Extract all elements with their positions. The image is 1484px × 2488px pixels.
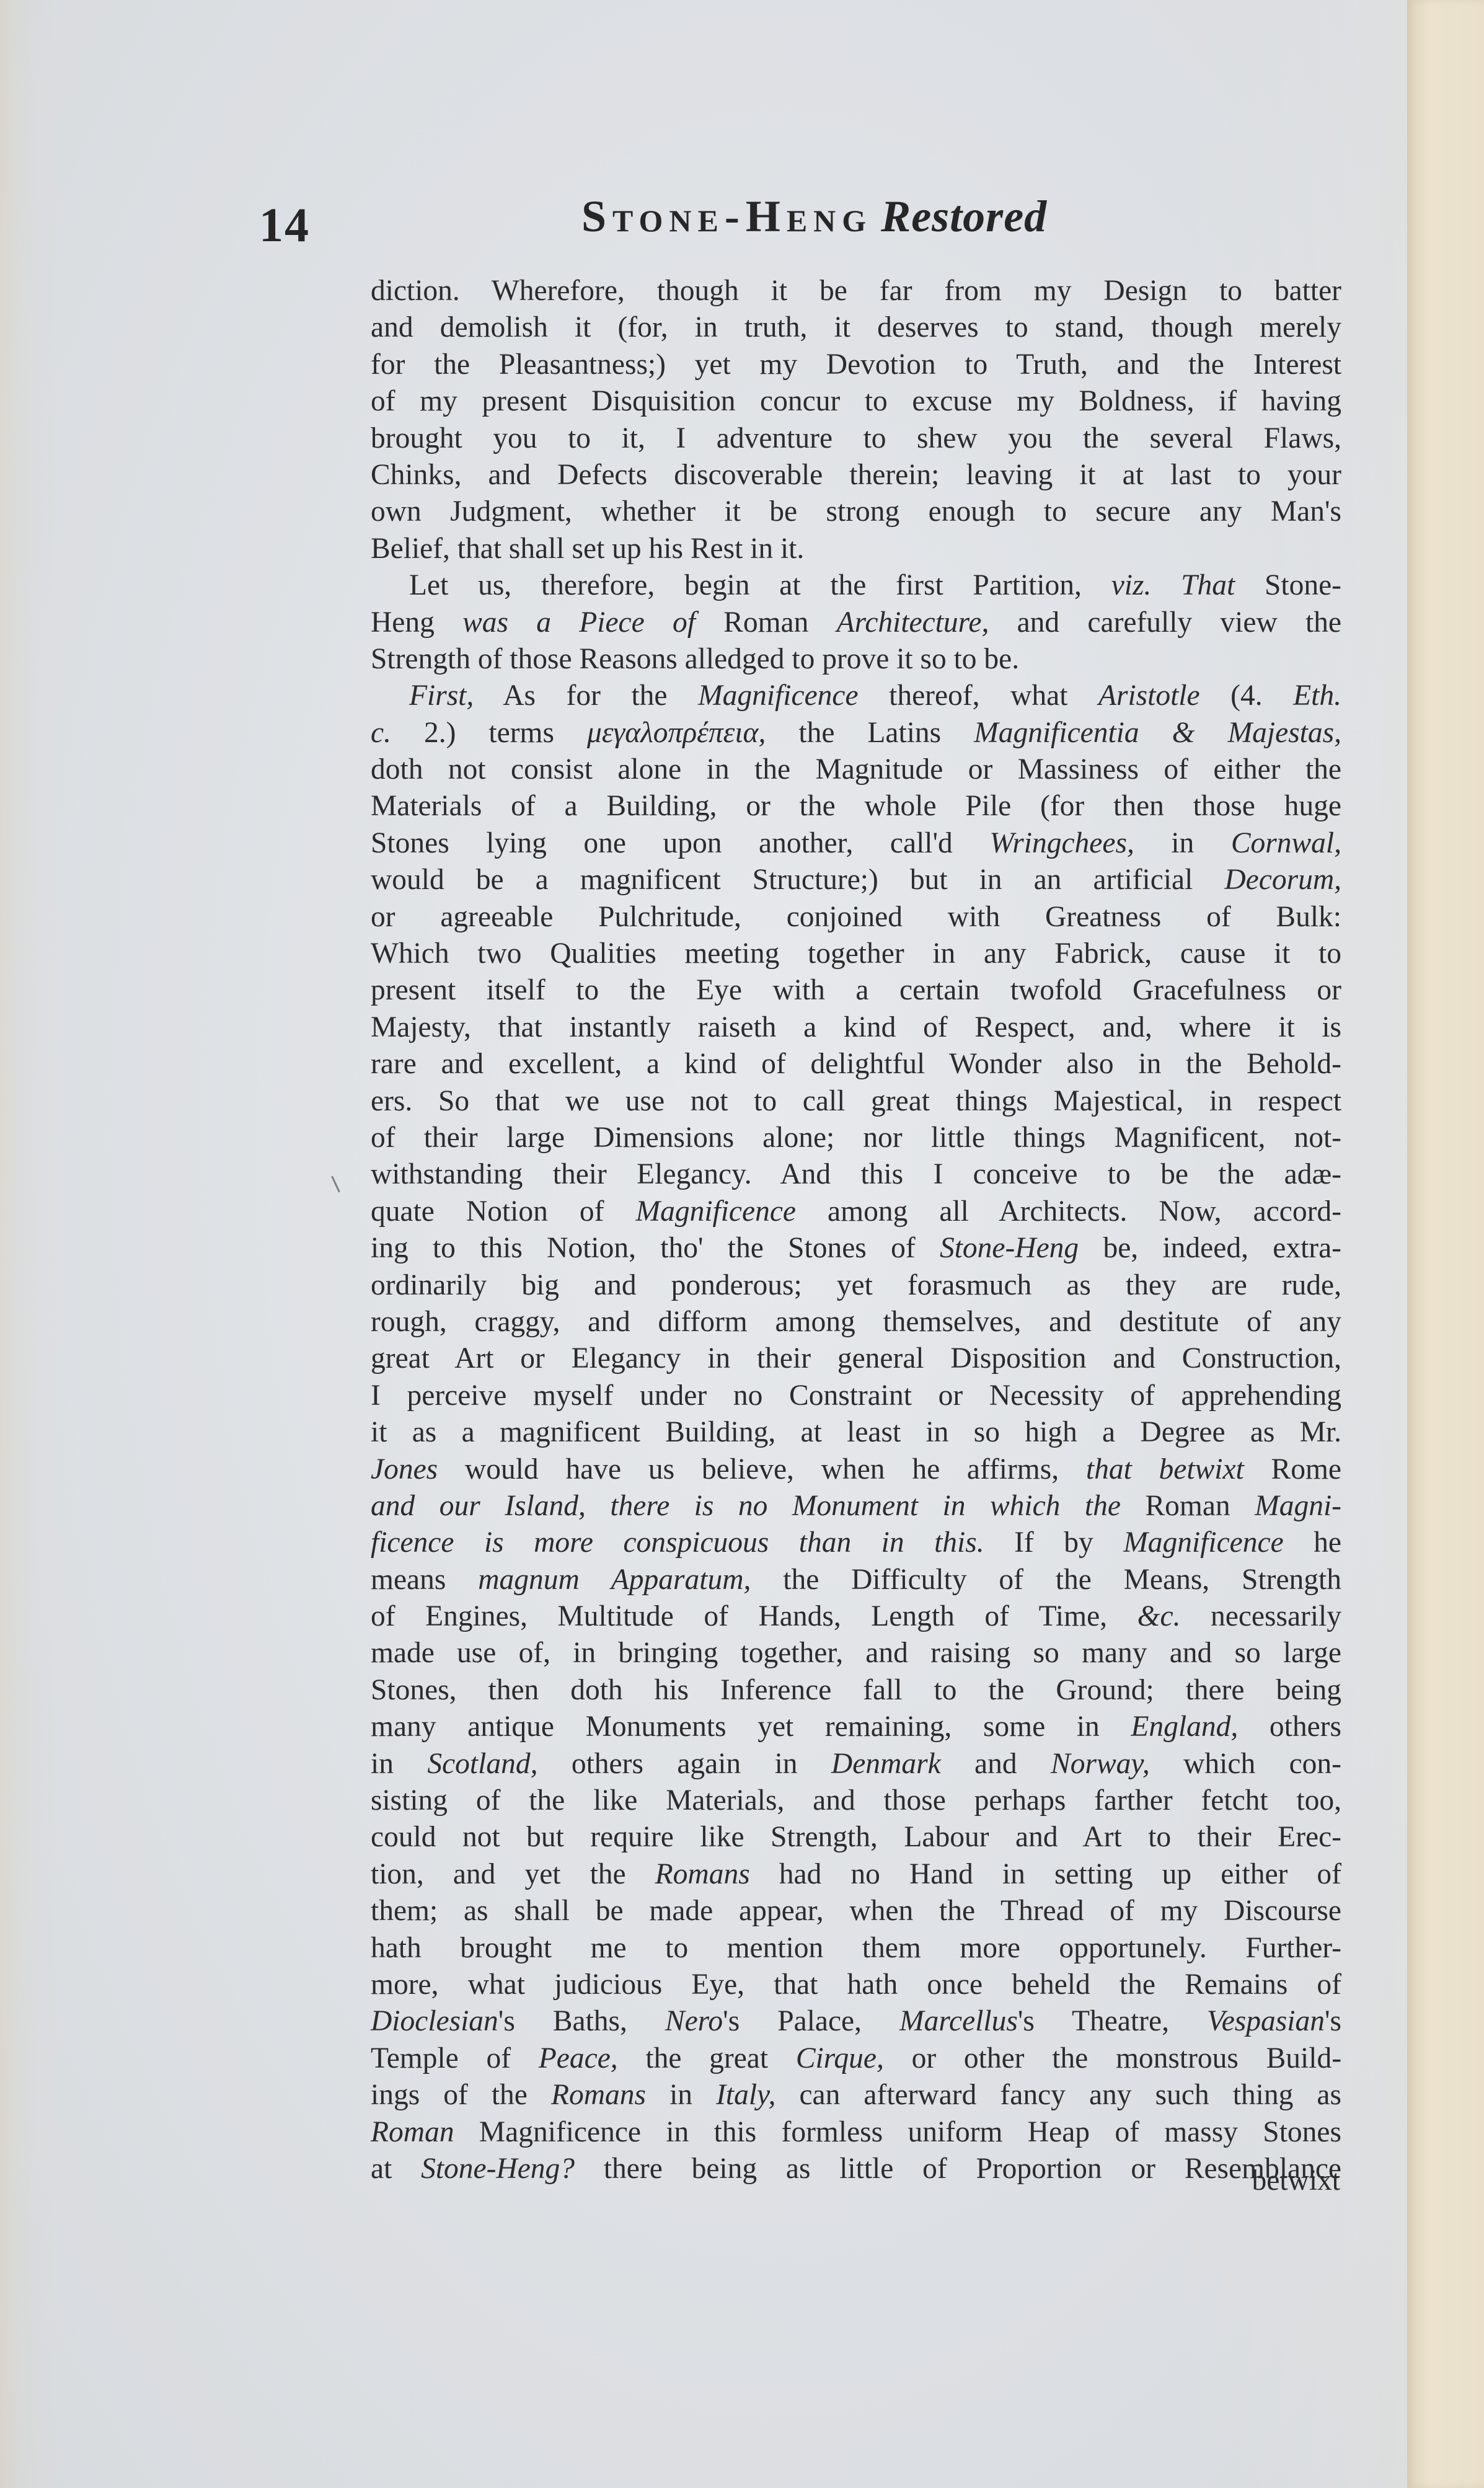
text-line: for the Pleasantness;) yet my Devotion t… [371, 347, 1341, 383]
roman-text: Strength of those Reasons alledged to pr… [371, 643, 1019, 675]
text-line: brought you to it, I adventure to shew y… [371, 420, 1341, 457]
catchword: betwixt [1252, 2164, 1340, 2197]
roman-text: the Latins [766, 717, 974, 749]
text-line: Jones would have us believe, when he aff… [371, 1451, 1341, 1488]
roman-text: made use of, in bringing together, and r… [371, 1637, 1341, 1669]
roman-text: many antique Monuments yet remaining, so… [371, 1711, 1131, 1743]
text-line: rough, craggy, and difform among themsel… [371, 1304, 1341, 1340]
text-line: Chinks, and Defects discoverable therein… [371, 457, 1341, 494]
roman-text: doth not consist alone in the Magnitude … [371, 753, 1341, 786]
roman-text: necessarily [1180, 1600, 1341, 1632]
roman-text: withstanding their Elegancy. And this I … [371, 1158, 1341, 1190]
roman-text: quate Notion of [371, 1195, 636, 1228]
text-line: hath brought me to mention them more opp… [371, 1930, 1341, 1967]
italic-text: c. [371, 717, 391, 749]
roman-text: great Art or Elegancy in their general D… [371, 1342, 1341, 1375]
italic-text: Wringchees, [989, 827, 1134, 859]
roman-text: 2.) terms [391, 717, 587, 749]
roman-text: ordinarily big and ponderous; yet forasm… [371, 1269, 1341, 1301]
roman-text: others again in [537, 1748, 831, 1780]
roman-text: or other the monstrous Build- [884, 2042, 1341, 2074]
text-line: Heng was a Piece of Roman Architecture, … [371, 604, 1341, 641]
roman-text: would have us believe, when he affirms, [438, 1453, 1086, 1485]
roman-text: rough, craggy, and difform among themsel… [371, 1306, 1341, 1338]
italic-text: Eth. [1293, 680, 1341, 712]
text-line: more, what judicious Eye, that hath once… [371, 1967, 1341, 2003]
text-line: tion, and yet the Romans had no Hand in … [371, 1856, 1341, 1893]
roman-text: thereof, what [859, 680, 1098, 712]
italic-text: England, [1131, 1711, 1238, 1743]
body-text: diction. Wherefore, though it be far fro… [371, 273, 1341, 2187]
italic-text: magnum Apparatum, [478, 1564, 751, 1596]
roman-text: I perceive myself under no Constraint or… [371, 1379, 1341, 1412]
italic-text: Denmark [831, 1748, 941, 1780]
roman-text: and demolish it (for, in truth, it deser… [371, 311, 1341, 343]
roman-text: diction. Wherefore, though it be far fro… [371, 275, 1341, 307]
italic-text: Romans [655, 1858, 750, 1890]
page-number: 14 [259, 197, 310, 253]
text-line: at Stone-Heng? there being as little of … [371, 2151, 1341, 2187]
italic-text: Magnificence [698, 680, 859, 712]
running-head-title: Stone-Heng [581, 192, 872, 241]
text-line: diction. Wherefore, though it be far fro… [371, 273, 1341, 309]
roman-text: in [371, 1748, 427, 1780]
italic-text: Dioclesian [371, 2005, 498, 2037]
italic-text: ficence is more conspicuous than in this… [371, 1526, 984, 1559]
text-line: ings of the Romans in Italy, can afterwa… [371, 2077, 1341, 2114]
running-head-subtitle: Restored [881, 192, 1047, 241]
text-line: and demolish it (for, in truth, it deser… [371, 309, 1341, 346]
roman-text: present itself to the Eye with a certain… [371, 974, 1341, 1006]
roman-text: (4. [1200, 680, 1294, 712]
italic-text: was a Piece of [462, 606, 696, 639]
roman-text: which con- [1150, 1748, 1341, 1780]
roman-text: As for the [474, 680, 698, 712]
text-line: Temple of Peace, the great Cirque, or ot… [371, 2040, 1341, 2077]
italic-text: Italy, [716, 2079, 775, 2111]
text-line: of their large Dimensions alone; nor lit… [371, 1120, 1341, 1156]
roman-text: 's Theatre, [1018, 2005, 1207, 2037]
italic-text: Scotland, [427, 1748, 537, 1780]
text-line: sisting of the like Materials, and those… [371, 1782, 1341, 1819]
roman-text: others [1238, 1711, 1341, 1743]
roman-text: had no Hand in setting up either of [750, 1858, 1341, 1890]
italic-text: that betwixt [1086, 1453, 1244, 1485]
italic-text: Romans [551, 2079, 646, 2111]
text-line: c. 2.) terms μεγαλοπρέπεια, the Latins M… [371, 715, 1341, 751]
italic-text: μεγαλοπρέπεια, [587, 717, 766, 749]
roman-text: Stones, then doth his Inference fall to … [371, 1674, 1341, 1706]
text-line: withstanding their Elegancy. And this I … [371, 1156, 1341, 1193]
text-line: or agreeable Pulchritude, conjoined with… [371, 899, 1341, 936]
roman-text: 's Baths, [498, 2005, 665, 2037]
text-line: would be a magnificent Structure;) but i… [371, 862, 1341, 898]
roman-text: of their large Dimensions alone; nor lit… [371, 1122, 1341, 1154]
roman-text: Majesty, that instantly raiseth a kind o… [371, 1011, 1341, 1043]
roman-text: or agreeable Pulchritude, conjoined with… [371, 901, 1341, 933]
roman-text: Belief, that shall set up his Rest in it… [371, 533, 804, 565]
text-line: Stones lying one upon another, call'd Wr… [371, 825, 1341, 862]
italic-text: Stone-Heng? [421, 2153, 575, 2185]
roman-text: in [1134, 827, 1231, 859]
roman-text: 's Palace, [723, 2005, 899, 2037]
roman-text: of Engines, Multitude of Hands, Length o… [371, 1600, 1137, 1632]
text-line: present itself to the Eye with a certain… [371, 972, 1341, 1009]
roman-text: and [941, 1748, 1051, 1780]
roman-text: the Difficulty of the Means, Strength [751, 1564, 1341, 1596]
italic-text: Stone-Heng [940, 1232, 1079, 1264]
roman-text: ing to this Notion, tho' the Stones of [371, 1232, 940, 1264]
italic-text: Aristotle [1098, 680, 1200, 712]
roman-text: them; as shall be made appear, when the … [371, 1895, 1341, 1927]
roman-text: Roman [1121, 1490, 1255, 1522]
roman-text: Heng [371, 606, 462, 639]
roman-text: means [371, 1564, 478, 1596]
italic-text: Peace, [539, 2042, 618, 2074]
roman-text: brought you to it, I adventure to shew y… [371, 422, 1341, 454]
text-line: own Judgment, whether it be strong enoug… [371, 494, 1341, 530]
text-line: Strength of those Reasons alledged to pr… [371, 641, 1341, 678]
roman-text: Rome [1244, 1453, 1341, 1485]
roman-text: rare and excellent, a kind of delightful… [371, 1048, 1341, 1080]
roman-text: among all Architects. Now, accord- [796, 1195, 1341, 1228]
roman-text: ings of the [371, 2079, 551, 2111]
roman-text: would be a magnificent Structure;) but i… [371, 864, 1224, 896]
italic-text: Roman [371, 2116, 454, 2148]
roman-text: more, what judicious Eye, that hath once… [371, 1968, 1341, 2001]
roman-text: the great [618, 2042, 796, 2074]
text-line: Belief, that shall set up his Rest in it… [371, 531, 1341, 567]
roman-text: can afterward fancy any such thing as [775, 2079, 1341, 2111]
italic-text: Cirque, [796, 2042, 884, 2074]
roman-text: Materials of a Building, or the whole Pi… [371, 790, 1341, 822]
italic-text: Vespasian [1207, 2005, 1325, 2037]
roman-text: If by [984, 1526, 1124, 1559]
running-head: Stone-HengRestored [581, 191, 1201, 242]
text-line: many antique Monuments yet remaining, so… [371, 1709, 1341, 1745]
roman-text: hath brought me to mention them more opp… [371, 1932, 1341, 1964]
roman-text: could not but require like Strength, Lab… [371, 1821, 1341, 1853]
italic-text: Decorum, [1224, 864, 1341, 896]
text-line: I perceive myself under no Constraint or… [371, 1378, 1341, 1414]
text-line: in Scotland, others again in Denmark and… [371, 1746, 1341, 1782]
roman-text: he [1284, 1526, 1341, 1559]
roman-text: Magnificence in this formless uniform He… [454, 2116, 1341, 2148]
roman-text: Let us, therefore, begin at the first Pa… [409, 569, 1111, 601]
italic-text: Magnificence [636, 1195, 797, 1228]
roman-text: of my present Disquisition concur to exc… [371, 385, 1341, 417]
italic-text: Cornwal, [1231, 827, 1341, 859]
text-line: great Art or Elegancy in their general D… [371, 1340, 1341, 1377]
text-line: made use of, in bringing together, and r… [371, 1635, 1341, 1671]
italic-text: Jones [371, 1453, 438, 1485]
roman-text: ers. So that we use not to call great th… [371, 1085, 1341, 1117]
roman-text: and carefully view the [989, 606, 1341, 639]
roman-text: Stones lying one upon another, call'd [371, 827, 989, 859]
text-line: Let us, therefore, begin at the first Pa… [371, 567, 1341, 604]
italic-text: First, [409, 680, 474, 712]
roman-text: Roman [696, 606, 837, 639]
text-line: ers. So that we use not to call great th… [371, 1083, 1341, 1120]
text-line: means magnum Apparatum, the Difficulty o… [371, 1562, 1341, 1598]
text-line: doth not consist alone in the Magnitude … [371, 751, 1341, 788]
roman-text: 's [1325, 2005, 1341, 2037]
text-line: ordinarily big and ponderous; yet forasm… [371, 1267, 1341, 1304]
roman-text: Temple of [371, 2042, 539, 2074]
italic-text: Magnificence [1123, 1526, 1284, 1559]
roman-text: it as a magnificent Building, at least i… [371, 1416, 1341, 1448]
roman-text: own Judgment, whether it be strong enoug… [371, 495, 1341, 528]
roman-text: sisting of the like Materials, and those… [371, 1784, 1341, 1817]
text-line: Which two Qualities meeting together in … [371, 936, 1341, 972]
roman-text: be, indeed, extra- [1079, 1232, 1341, 1264]
roman-text: Stone- [1235, 569, 1341, 601]
italic-text: Marcellus [899, 2005, 1018, 2037]
text-line: ing to this Notion, tho' the Stones of S… [371, 1230, 1341, 1267]
italic-text: Architecture, [837, 606, 989, 639]
roman-text: for the Pleasantness;) yet my Devotion t… [371, 348, 1341, 381]
text-line: rare and excellent, a kind of delightful… [371, 1046, 1341, 1082]
italic-text: and our Island, there is no Monument in … [371, 1490, 1121, 1522]
text-line: Stones, then doth his Inference fall to … [371, 1672, 1341, 1709]
text-line: of Engines, Multitude of Hands, Length o… [371, 1598, 1341, 1635]
roman-text: Chinks, and Defects discoverable therein… [371, 459, 1341, 491]
roman-text: Which two Qualities meeting together in … [371, 937, 1341, 970]
italic-text: Nero [665, 2005, 723, 2037]
text-line: First, As for the Magnificence thereof, … [371, 678, 1341, 714]
italic-text: Norway, [1051, 1748, 1150, 1780]
text-line: Roman Magnificence in this formless unif… [371, 2114, 1341, 2151]
roman-text: at [371, 2153, 421, 2185]
roman-text: tion, and yet the [371, 1858, 655, 1890]
text-line: Majesty, that instantly raiseth a kind o… [371, 1009, 1341, 1046]
text-line: quate Notion of Magnificence among all A… [371, 1193, 1341, 1230]
text-line: it as a magnificent Building, at least i… [371, 1414, 1341, 1451]
italic-text: viz. That [1111, 569, 1235, 601]
text-line: of my present Disquisition concur to exc… [371, 383, 1341, 420]
text-line: ficence is more conspicuous than in this… [371, 1525, 1341, 1561]
italic-text: &c. [1137, 1600, 1181, 1632]
roman-text: in [646, 2079, 716, 2111]
text-line: could not but require like Strength, Lab… [371, 1819, 1341, 1856]
text-line: Dioclesian's Baths, Nero's Palace, Marce… [371, 2003, 1341, 2040]
text-line: them; as shall be made appear, when the … [371, 1893, 1341, 1929]
adjacent-page-edge [1407, 0, 1484, 2488]
text-line: Materials of a Building, or the whole Pi… [371, 788, 1341, 825]
italic-text: Magni- [1255, 1490, 1341, 1522]
text-line: and our Island, there is no Monument in … [371, 1488, 1341, 1525]
roman-text: there being as little of Proportion or R… [575, 2153, 1341, 2185]
italic-text: Magnificentia & Majestas, [974, 717, 1341, 749]
